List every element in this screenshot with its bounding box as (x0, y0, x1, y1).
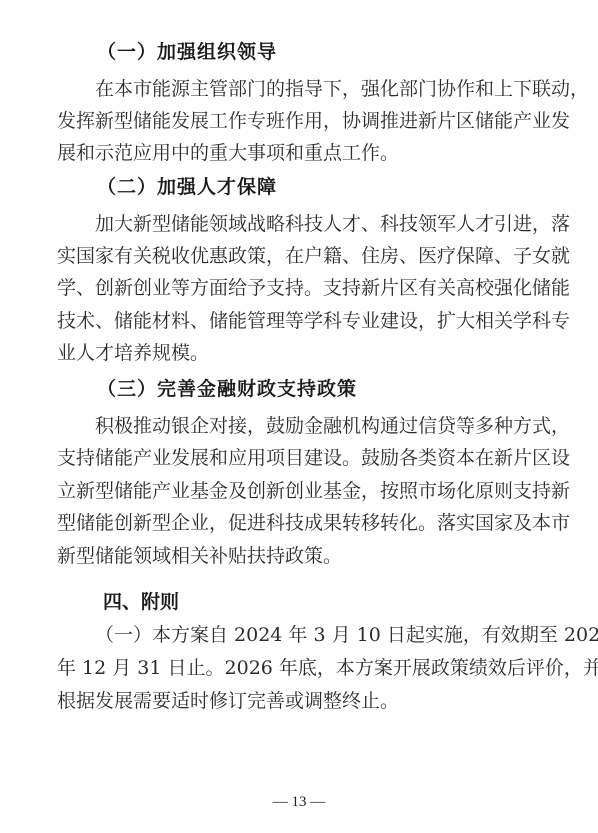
paragraph-line: 展和示范应用中的重大事项和重点工作。 (57, 138, 551, 168)
paragraph-line: 技术、储能材料、储能管理等学科专业建设，扩大相关学科专 (57, 306, 551, 336)
section-heading-talent-support: （二）加强人才保障 (97, 172, 277, 202)
section-heading-supplementary-provisions: 四、附则 (103, 587, 179, 617)
paragraph-line: 新型储能领域相关补贴扶持政策。 (57, 541, 551, 571)
paragraph-line: 实国家有关税收优惠政策，在户籍、住房、医疗保障、子女就 (57, 241, 551, 271)
section-heading-strengthen-leadership: （一）加强组织领导 (97, 37, 277, 67)
paragraph-line: 积极推动银企对接，鼓励金融机构通过信贷等多种方式， (95, 411, 551, 441)
paragraph-line: 立新型储能产业基金及创新创业基金，按照市场化原则支持新 (57, 476, 551, 506)
page-number: — 13 — (0, 794, 598, 811)
paragraph-line: 加大新型储能领域战略科技人才、科技领军人才引进，落 (95, 209, 551, 239)
paragraph-line: 业人才培养规模。 (57, 338, 551, 368)
paragraph-line: 学、创新创业等方面给予支持。支持新片区有关高校强化储能 (57, 273, 551, 303)
paragraph-line: 年 12 月 31 日止。2026 年底，本方案开展政策绩效后评价，并 (57, 653, 551, 683)
paragraph-line: 根据发展需要适时修订完善或调整终止。 (57, 686, 551, 716)
document-page: （一）加强组织领导 在本市能源主管部门的指导下，强化部门协作和上下联动， 发挥新… (0, 0, 598, 833)
paragraph-line: 在本市能源主管部门的指导下，强化部门协作和上下联动， (95, 74, 551, 104)
paragraph-line: 型储能创新型企业，促进科技成果转移转化。落实国家及本市 (57, 508, 551, 538)
paragraph-line: 发挥新型储能发展工作专班作用，协调推进新片区储能产业发 (57, 106, 551, 136)
section-heading-financial-support: （三）完善金融财政支持政策 (97, 374, 357, 404)
paragraph-line: （一）本方案自 2024 年 3 月 10 日起实施，有效期至 2026 (95, 620, 551, 650)
paragraph-line: 支持储能产业发展和应用项目建设。鼓励各类资本在新片区设 (57, 443, 551, 473)
